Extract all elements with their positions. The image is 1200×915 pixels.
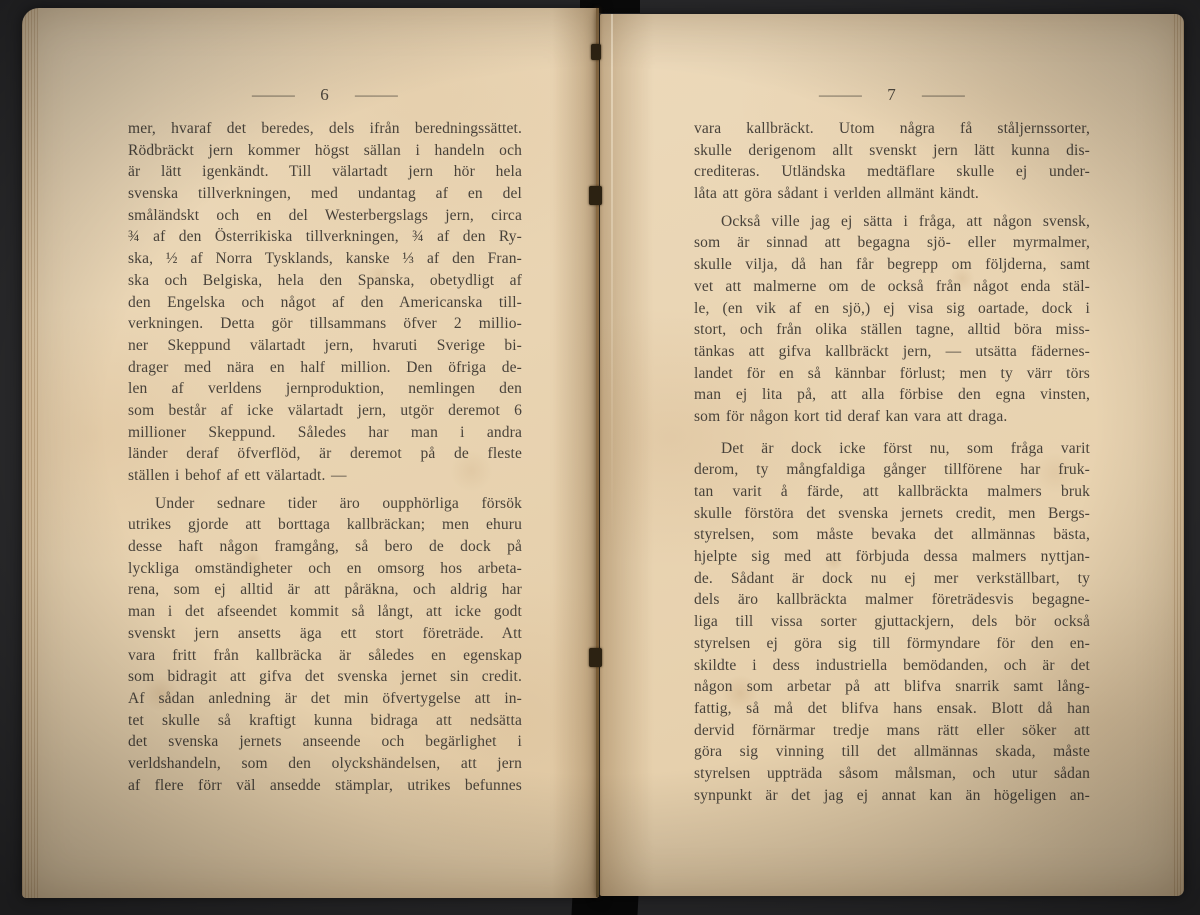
text-line: verldshandeln, som den olyckshändelsen, … <box>128 753 522 775</box>
text-line: svenska tillverkningen, med undantag af … <box>128 183 522 205</box>
text-line: utrikes gjorde att borttaga kallbräckan;… <box>128 514 522 536</box>
text-line: vet att malmerne om de också från något … <box>694 276 1090 298</box>
text-line: drager med nära en half million. Den öfr… <box>128 357 522 379</box>
text-line: ska och Belgiska, hela den Spanska, obet… <box>128 270 522 292</box>
left-page-number: 6 <box>320 84 330 106</box>
text-line: svenskt jern ansetts äga ett stort föret… <box>128 623 522 645</box>
text-line: man i det afseendet kommit så långt, att… <box>128 601 522 623</box>
text-line: skulle förstöra det svenska jernets cred… <box>694 503 1090 525</box>
text-line: de. Sådant är dock nu ej mer verkställba… <box>694 568 1090 590</box>
text-line: det svenska jernets anseende och begärli… <box>128 731 522 753</box>
text-line: styrelsen uppträda såsom målsman, och ut… <box>694 763 1090 785</box>
text-line: skulle derigenom allt svenskt jern lätt … <box>694 140 1090 162</box>
text-line: Under sednare tider äro oupphörliga förs… <box>128 493 522 515</box>
header-rule-right: — <box>922 84 965 106</box>
text-line: ska, ½ af Norra Tysklands, kanske ⅓ af d… <box>128 248 522 270</box>
text-line: len af verldens jernproduktion, nemlinge… <box>128 378 522 400</box>
text-line: derom, ty mångfaldiga gånger tillförene … <box>694 459 1090 481</box>
text-line: är lätt igenkändt. Till välartadt jern h… <box>128 161 522 183</box>
text-line: dels äro kallbräckta malmer företrädesvi… <box>694 589 1090 611</box>
binding-stitch <box>591 44 601 60</box>
text-line: Af sådan anledning är det min öfvertygel… <box>128 688 522 710</box>
text-line: vara fritt från kallbräcka är således en… <box>128 645 522 667</box>
text-line: som för någon kort tid deraf kan vara at… <box>694 406 1090 428</box>
text-line: Det är dock icke först nu, som fråga var… <box>694 438 1090 460</box>
page-stack-edge <box>22 8 38 898</box>
right-page-text: — 7 — vara kallbräckt. Utom några få stå… <box>694 84 1090 806</box>
text-line: ¾ af den Österrikiska tillverkningen, ¾ … <box>128 226 522 248</box>
text-line: verkningen. Detta gör tillsammans öfver … <box>128 313 522 335</box>
text-line: stort, och från olika ställen tagne, all… <box>694 319 1090 341</box>
text-line: som bidragit att gifva det svenska jerne… <box>128 666 522 688</box>
text-line: hjelpte sig med att förbjuda dessa malme… <box>694 546 1090 568</box>
text-line: låta att göra sådant i verlden allmänt k… <box>694 183 1090 205</box>
binding-stitch <box>589 648 602 667</box>
text-line: tänkas att gifva kallbräckt jern, — utsä… <box>694 341 1090 363</box>
text-line: skildte i dess industriella bemödanden, … <box>694 655 1090 677</box>
text-line: millioner Skeppund. Således har man i an… <box>128 422 522 444</box>
text-line: rena, som ej alltid är att påräkna, och … <box>128 579 522 601</box>
book-spread: — 6 — mer, hvaraf det beredes, dels ifrå… <box>0 0 1200 915</box>
text-line: tan varit å färde, att kallbräckta malme… <box>694 481 1090 503</box>
text-line: crediteras. Utländska medtäflare skulle … <box>694 161 1090 183</box>
left-page-text: — 6 — mer, hvaraf det beredes, dels ifrå… <box>128 84 522 796</box>
right-page-header: — 7 — <box>694 84 1090 106</box>
text-line: desse haft någon framgång, så bero de do… <box>128 536 522 558</box>
text-line: ställen i behof af ett välartadt. — <box>128 465 522 487</box>
text-line: den Engelska och något af den Americansk… <box>128 292 522 314</box>
text-line: le, (en vik af en sjö,) ej visa sig oart… <box>694 298 1090 320</box>
binding-gutter <box>596 8 599 897</box>
header-rule-left: — <box>819 84 862 106</box>
text-line: af flere förr väl ansedde stämplar, utri… <box>128 775 522 797</box>
gutter-shading <box>552 8 598 898</box>
text-line: landet för en så kännbar förlust; men ty… <box>694 363 1090 385</box>
text-line: småländskt och en del Westerbergslags je… <box>128 205 522 227</box>
page-stack-edge <box>1172 14 1184 896</box>
text-line: fattig, så må det blifva hans ensak. Blo… <box>694 698 1090 720</box>
text-line: länder deraf öfverflöd, är deremot på de… <box>128 443 522 465</box>
spine-notch-bottom <box>571 895 638 915</box>
binding-stitch <box>589 186 602 205</box>
header-rule-right: — <box>355 84 398 106</box>
gutter-shading <box>600 14 654 896</box>
left-page-header: — 6 — <box>128 84 522 106</box>
text-line: vara kallbräckt. Utom några få ståljerns… <box>694 118 1090 140</box>
right-page-number: 7 <box>887 84 897 106</box>
text-line: skulle vilja, då han får begrepp om följ… <box>694 254 1090 276</box>
header-rule-left: — <box>252 84 295 106</box>
text-line: styrelsen, som måste bevaka det allmänna… <box>694 524 1090 546</box>
text-line: ner Skeppund välartadt jern, hvaruti Sve… <box>128 335 522 357</box>
text-line: Rödbräckt jern kommer högst sällan i han… <box>128 140 522 162</box>
text-line: göra sig vinning till det allmännas skad… <box>694 741 1090 763</box>
text-line: tet skulle så kraftigt kunna bidraga att… <box>128 710 522 732</box>
text-line: liga till vissa sorter gjuttackjern, del… <box>694 611 1090 633</box>
text-line: lyckliga omständigheter och en omsorg ho… <box>128 558 522 580</box>
text-line: som består af icke välartadt jern, utgör… <box>128 400 522 422</box>
text-line: dervid förnärmar tredje mans rätt eller … <box>694 720 1090 742</box>
text-line: mer, hvaraf det beredes, dels ifrån bere… <box>128 118 522 140</box>
text-line: som är sinnad att begagna sjö- eller myr… <box>694 232 1090 254</box>
text-line: synpunkt är det jag ej annat kan än höge… <box>694 785 1090 807</box>
page-crease <box>611 14 613 543</box>
text-line: styrelsen ej göra sig till förmyndare fö… <box>694 633 1090 655</box>
text-line: någon som arbetar på att blifva snarrik … <box>694 676 1090 698</box>
text-line: Också ville jag ej sätta i fråga, att nå… <box>694 211 1090 233</box>
text-line: man ej lita på, att alla förbise den egn… <box>694 384 1090 406</box>
